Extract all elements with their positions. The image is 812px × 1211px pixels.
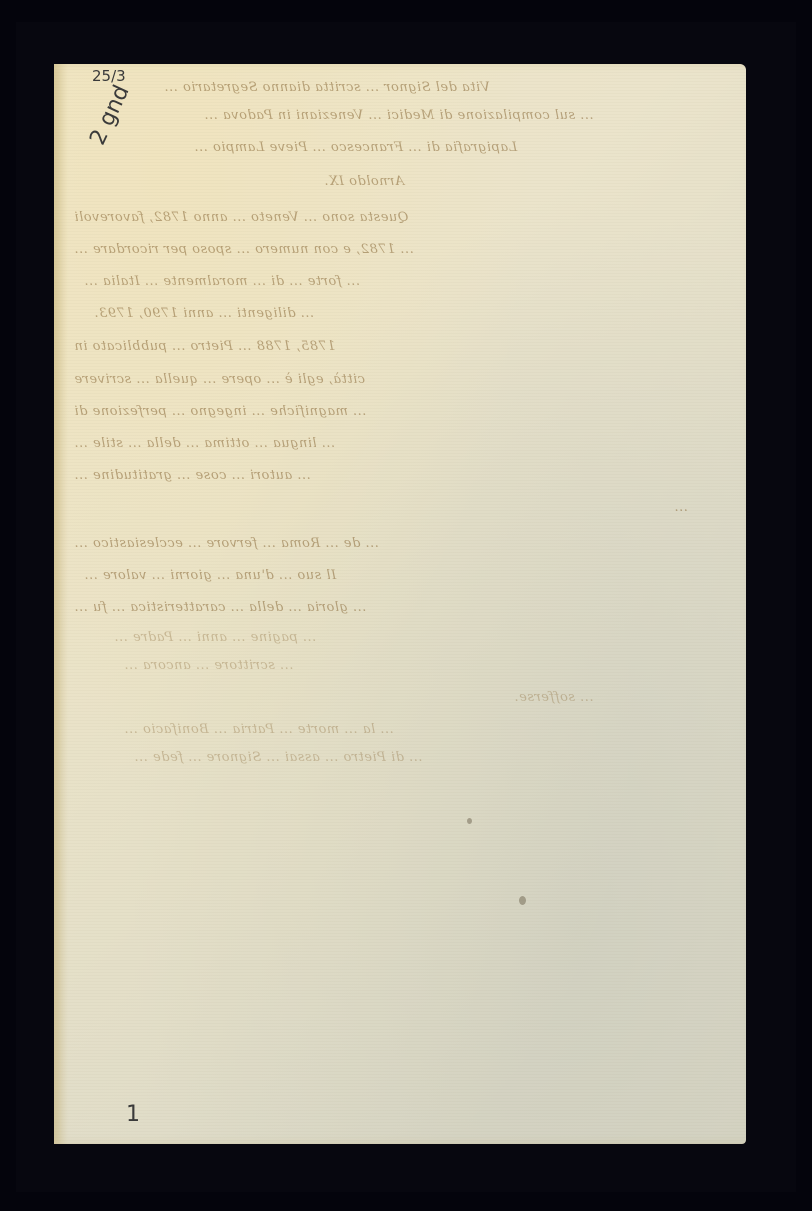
- volume-annotation: 2 gnd: [85, 81, 134, 149]
- bleed-line: ... pagine ... anni ... Padre ...: [114, 630, 316, 645]
- bleed-line: Arnoldo IX.: [324, 174, 404, 189]
- manuscript-page: 25/3 2 gnd Vita del Signor ... scritta d…: [54, 64, 746, 1144]
- page-binding-edge: [54, 64, 68, 1144]
- bleed-line: ... autori ... cose ... gratitudine ...: [74, 468, 311, 483]
- bleed-line: 1785, 1788 ... Pietro ... pubblicato in: [74, 339, 336, 354]
- bleed-line: Lapigrafia di ... Francesco ... Pieve La…: [194, 140, 517, 155]
- bleed-line: ... magnifiche ... ingegno ... perfezion…: [74, 404, 366, 419]
- bleed-line: ... forte ... di ... moralmente ... Ital…: [84, 274, 360, 289]
- bleed-line: ... de ... Roma ... fervore ... ecclesia…: [74, 536, 379, 551]
- bleed-line: Vita del Signor ... scritta dianno Segre…: [164, 80, 490, 95]
- bleed-line: ... di Pietro ... assai ... Signore ... …: [134, 750, 423, 765]
- bleed-line: ... lingua ... ottima ... della ... stil…: [74, 436, 335, 451]
- paper-stain: [467, 818, 472, 824]
- bleed-line: ... diligenti ... anni 1790, 1793.: [94, 306, 314, 321]
- bleed-line: ... scrittore ... ancora ...: [124, 658, 293, 673]
- bleed-line: ... sul compilazione di Medici ... Venez…: [204, 108, 594, 123]
- bleed-line: ...: [674, 500, 688, 515]
- bleed-line: Il suo ... d'una ... giorni ... valore .…: [84, 568, 336, 583]
- bleed-line: ... sofferse.: [514, 690, 594, 705]
- paper-stain: [519, 896, 526, 905]
- bleed-line: ... 1782, e con numero ... sposo per ric…: [74, 242, 414, 257]
- bleed-line: ... la ... morte ... Patria ... Bonifaci…: [124, 722, 394, 737]
- bleed-line: ... gloria ... della ... caratteristica …: [74, 600, 366, 615]
- shelfmark-annotation: 25/3: [92, 67, 126, 85]
- bleed-line: Questa sono ... Veneto ... anno 1782, fa…: [74, 210, 408, 225]
- foliation-number: 1: [126, 1102, 140, 1127]
- bleed-line: città, egli è ... opere ... quella ... s…: [74, 372, 365, 387]
